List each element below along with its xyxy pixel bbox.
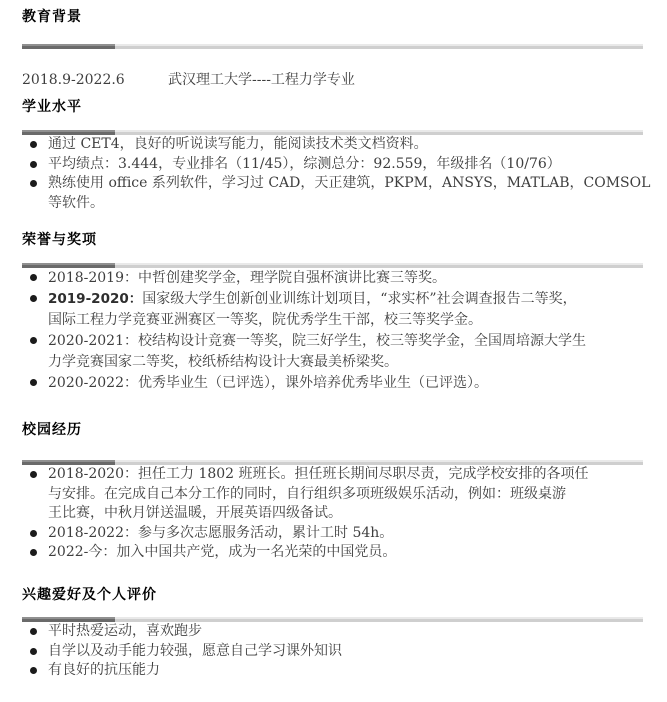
section-honors: 荣誉与奖项 2018-2019：中哲创建奖学金，理学院自强杯演讲比赛三等奖。 2… — [0, 233, 667, 394]
list-item: 有良好的抗压能力 — [30, 661, 667, 681]
bullet-text: 自学以及动手能力较强，愿意自己学习课外知识 — [48, 642, 342, 662]
bullet-text: 与安排。在完成自己本分工作的同时，自行组织多项班级娱乐活动，例如：班级桌游 — [48, 485, 589, 505]
list-item: 2018-2019：中哲创建奖学金，理学院自强杯演讲比赛三等奖。 — [30, 268, 667, 289]
section-campus: 校园经历 2018-2020：担任工力 1802 班班长。担任班长期间尽职尽责，… — [0, 423, 667, 563]
list-item: 平均绩点：3.444，专业排名（11/45），综测总分：92.559，年级排名（… — [30, 155, 667, 175]
section-title-education: 教育背景 — [22, 10, 667, 25]
list-item: 2018-2020：担任工力 1802 班班长。担任班长期间尽职尽责，完成学校安… — [30, 465, 667, 524]
bullet-icon — [30, 549, 37, 556]
bullet-text: 2018-2022：参与多次志愿服务活动，累计工时 54h。 — [48, 524, 393, 544]
bullet-text: 2018-2019：中哲创建奖学金，理学院自强杯演讲比赛三等奖。 — [48, 268, 446, 289]
bullet-text: 2020-2021：校结构设计竞赛一等奖，院三好学生，校三等奖学金，全国周培源大… — [48, 331, 586, 352]
section-title-interests: 兴趣爱好及个人评价 — [22, 588, 667, 603]
section-title-campus: 校园经历 — [22, 423, 667, 438]
interests-bullet-list: 平时热爱运动，喜欢跑步 自学以及动手能力较强，愿意自己学习课外知识 有良好的抗压… — [0, 622, 667, 681]
bullet-icon — [30, 628, 37, 635]
education-school-major: 武汉理工大学----工程力学专业 — [168, 72, 355, 88]
bullet-text: 平均绩点：3.444，专业排名（11/45），综测总分：92.559，年级排名（… — [48, 155, 561, 175]
list-item: 平时热爱运动，喜欢跑步 — [30, 622, 667, 642]
bullet-text: 2022-今：加入中国共产党，成为一名光荣的中国党员。 — [48, 543, 396, 563]
bullet-text: 熟练使用 office 系列软件，学习过 CAD，天正建筑，PKPM，ANSYS… — [48, 174, 650, 194]
bullet-text: 有良好的抗压能力 — [48, 661, 160, 681]
bullet-text: 2018-2020：担任工力 1802 班班长。担任班长期间尽职尽责，完成学校安… — [48, 465, 589, 485]
bullet-icon — [30, 471, 37, 478]
section-interests: 兴趣爱好及个人评价 平时热爱运动，喜欢跑步 自学以及动手能力较强，愿意自己学习课… — [0, 588, 667, 681]
divider-dark-segment — [22, 44, 115, 49]
honors-bullet-list: 2018-2019：中哲创建奖学金，理学院自强杯演讲比赛三等奖。 2019-20… — [0, 268, 667, 394]
list-item: 2019-2020：国家级大学生创新创业训练计划项目，“求实杯”社会调查报告二等… — [30, 289, 667, 331]
resume-page: { "colors": { "background": "#ffffff", "… — [0, 0, 667, 702]
list-item: 通过 CET4，良好的听说读写能力，能阅读技术类文档资料。 — [30, 135, 667, 155]
bullet-text: 等软件。 — [48, 194, 650, 214]
education-entry: 2018.9-2022.6武汉理工大学----工程力学专业 — [22, 72, 667, 88]
list-item: 2020-2021：校结构设计竞赛一等奖，院三好学生，校三等奖学金，全国周培源大… — [30, 331, 667, 373]
bullet-icon — [30, 667, 37, 674]
bullet-text: 2020-2022：优秀毕业生（已评选），课外培养优秀毕业生（已评选）。 — [48, 373, 488, 394]
section-divider — [22, 44, 643, 49]
bullet-text: 平时热爱运动，喜欢跑步 — [48, 622, 202, 642]
bullet-icon — [30, 180, 37, 187]
section-academic: 学业水平 通过 CET4，良好的听说读写能力，能阅读技术类文档资料。 平均绩点：… — [0, 100, 667, 213]
education-period: 2018.9-2022.6 — [22, 72, 168, 88]
list-item: 2022-今：加入中国共产党，成为一名光荣的中国党员。 — [30, 543, 667, 563]
bullet-icon — [30, 141, 37, 148]
year-range-highlight: 2019-2020： — [48, 291, 142, 307]
section-title-honors: 荣誉与奖项 — [22, 233, 667, 248]
list-item: 2018-2022：参与多次志愿服务活动，累计工时 54h。 — [30, 524, 667, 544]
section-title-academic: 学业水平 — [22, 100, 667, 115]
bullet-icon — [30, 530, 37, 537]
list-item: 2020-2022：优秀毕业生（已评选），课外培养优秀毕业生（已评选）。 — [30, 373, 667, 394]
bullet-text: 王比赛，中秋月饼送温暖，开展英语四级备试。 — [48, 504, 589, 524]
bullet-icon — [30, 648, 37, 655]
list-item: 熟练使用 office 系列软件，学习过 CAD，天正建筑，PKPM，ANSYS… — [30, 174, 667, 213]
section-education: 教育背景 2018.9-2022.6武汉理工大学----工程力学专业 — [0, 10, 667, 88]
bullet-text: 2019-2020：国家级大学生创新创业训练计划项目，“求实杯”社会调查报告二等… — [48, 289, 577, 310]
bullet-text: 通过 CET4，良好的听说读写能力，能阅读技术类文档资料。 — [48, 135, 428, 155]
bullet-icon — [30, 379, 37, 386]
bullet-icon — [30, 161, 37, 168]
bullet-text: 力学竞赛国家二等奖，校纸桥结构设计大赛最美桥梁奖。 — [48, 352, 586, 373]
academic-bullet-list: 通过 CET4，良好的听说读写能力，能阅读技术类文档资料。 平均绩点：3.444… — [0, 135, 667, 213]
list-item: 自学以及动手能力较强，愿意自己学习课外知识 — [30, 642, 667, 662]
bullet-icon — [30, 295, 37, 302]
bullet-text: 国际工程力学竞赛亚洲赛区一等奖，院优秀学生干部，校三等奖学金。 — [48, 310, 577, 331]
campus-bullet-list: 2018-2020：担任工力 1802 班班长。担任班长期间尽职尽责，完成学校安… — [0, 465, 667, 563]
bullet-icon — [30, 337, 37, 344]
bullet-icon — [30, 274, 37, 281]
